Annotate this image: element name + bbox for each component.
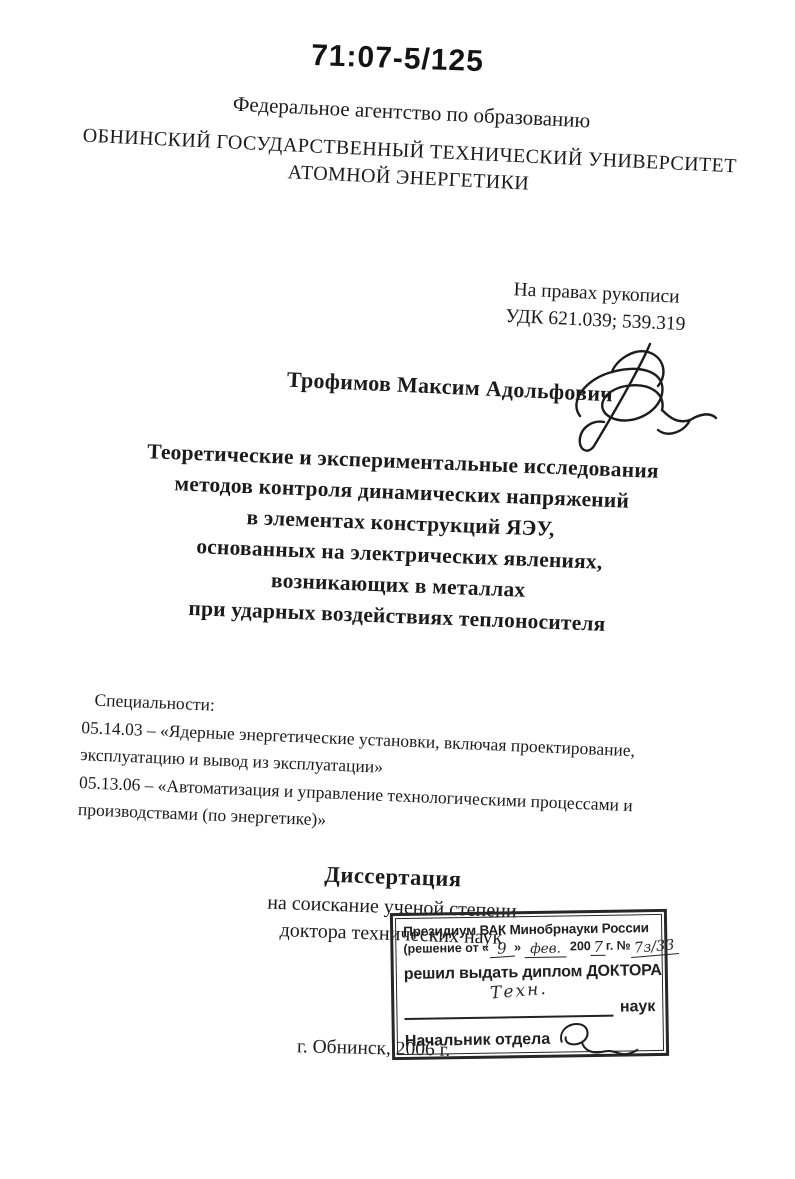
- stamp-month-handwritten: фев.: [524, 941, 566, 958]
- vak-stamp-inner: Президиум ВАК Минобрнауки России (решени…: [395, 914, 664, 1055]
- specialties-block: Специальности: 05.14.03 – «Ядерные энерг…: [77, 686, 700, 849]
- manuscript-block: На правах рукописи УДК 621.039; 539.319: [449, 273, 743, 340]
- author-signature: [550, 338, 720, 453]
- stamp-year-prefix: 200: [566, 939, 591, 953]
- stamp-degree-handwritten: Техн.: [489, 979, 548, 1004]
- catalog-number: 71:07-5/125: [0, 27, 795, 90]
- header-block: Федеральное агентство по образованию ОБН…: [28, 82, 791, 210]
- vak-stamp: Президиум ВАК Минобрнауки России (решени…: [390, 909, 669, 1060]
- scanned-page: 71:07-5/125 Федеральное агентство по обр…: [0, 0, 795, 1179]
- stamp-after-day: »: [514, 940, 521, 954]
- stamp-nauk-row: Техн. наук: [404, 998, 655, 1020]
- official-signature: [554, 1019, 641, 1058]
- stamp-day-handwritten: 9: [489, 941, 515, 959]
- stamp-official-row: Начальник отдела: [405, 1019, 657, 1061]
- stamp-org: Президиум ВАК Минобрнауки России: [403, 920, 654, 939]
- stamp-year-handwritten: 7: [591, 940, 606, 956]
- stamp-blank-line: [404, 1014, 613, 1020]
- stamp-official-label: Начальник отдела: [405, 1031, 551, 1051]
- stamp-decision-prefix: (решение от «: [403, 941, 489, 956]
- dissertation-title: Теоретические и экспериментальные исслед…: [2, 431, 795, 647]
- stamp-decision-line: (решение от «9» фев. 2007г. №7з/33: [403, 938, 654, 960]
- stamp-year-suffix: г. №: [606, 938, 631, 952]
- stamp-nauk-label: наук: [620, 998, 656, 1017]
